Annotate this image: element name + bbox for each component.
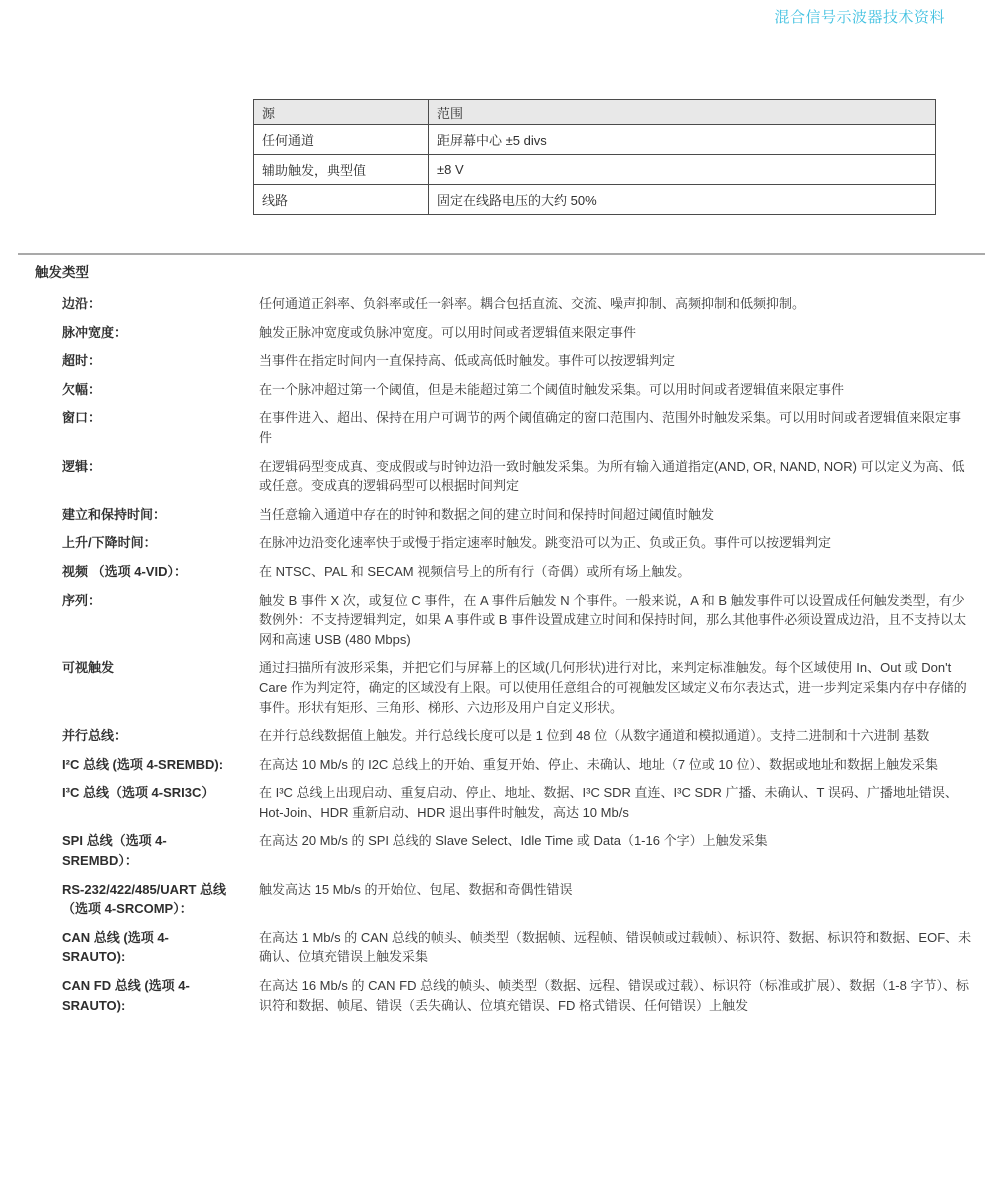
trigger-definition: 通过扫描所有波形采集，并把它们与屏幕上的区域(几何形状)进行对比，来判定标准触发… [259, 658, 973, 717]
table-cell: 固定在线路电压的大约 50% [429, 185, 936, 215]
trigger-types-section: 触发类型 边沿：任何通道正斜率、负斜率或任一斜率。耦合包括直流、交流、噪声抑制、… [35, 261, 977, 1024]
trigger-definition: 触发正脉冲宽度或负脉冲宽度。可以用时间或者逻辑值来限定事件 [259, 323, 973, 343]
trigger-term: 可视触发 [62, 658, 259, 678]
trigger-term: 上升/下降时间： [62, 533, 259, 553]
trigger-definition: 当事件在指定时间内一直保持高、低或高低时触发。事件可以按逻辑判定 [259, 351, 973, 371]
table-header-cell: 范围 [429, 100, 936, 125]
trigger-definition: 在并行总线数据值上触发。并行总线长度可以是 1 位到 48 位（从数字通道和模拟… [259, 726, 973, 746]
trigger-term: 序列： [62, 591, 259, 611]
trigger-entry: 建立和保持时间：当任意输入通道中存在的时钟和数据之间的建立时间和保持时间超过阈值… [35, 505, 977, 525]
trigger-definition: 在事件进入、超出、保持在用户可调节的两个阈值确定的窗口范围内、范围外时触发采集。… [259, 408, 973, 447]
trigger-term: 超时： [62, 351, 259, 371]
trigger-source-table: 源范围 任何通道距屏幕中心 ±5 divs辅助触发，典型值±8 V线路固定在线路… [253, 99, 936, 215]
table-header-row: 源范围 [254, 100, 936, 125]
trigger-entry: 逻辑：在逻辑码型变成真、变成假或与时钟边沿一致时触发采集。为所有输入通道指定(A… [35, 457, 977, 496]
trigger-term: 视频 （选项 4-VID）： [62, 562, 259, 582]
doc-title: 混合信号示波器技术资料 [774, 6, 945, 27]
trigger-definition: 触发高达 15 Mb/s 的开始位、包尾、数据和奇偶性错误 [259, 880, 973, 900]
table-cell: 任何通道 [254, 125, 429, 155]
trigger-term: SPI 总线（选项 4- SREMBD）： [62, 831, 259, 870]
table-cell: 距屏幕中心 ±5 divs [429, 125, 936, 155]
trigger-term: 建立和保持时间： [62, 505, 259, 525]
trigger-term: CAN FD 总线 (选项 4- SRAUTO): [62, 976, 259, 1015]
table-row: 线路固定在线路电压的大约 50% [254, 185, 936, 215]
trigger-definition: 在逻辑码型变成真、变成假或与时钟边沿一致时触发采集。为所有输入通道指定(AND,… [259, 457, 973, 496]
trigger-entry: 超时：当事件在指定时间内一直保持高、低或高低时触发。事件可以按逻辑判定 [35, 351, 977, 371]
trigger-entry: CAN 总线 (选项 4- SRAUTO):在高达 1 Mb/s 的 CAN 总… [35, 928, 977, 967]
trigger-entry: I³C 总线（选项 4-SRI3C）在 I³C 总线上出现启动、重复启动、停止、… [35, 783, 977, 822]
trigger-term: 窗口： [62, 408, 259, 428]
trigger-term: RS-232/422/485/UART 总线 （选项 4-SRCOMP）： [62, 880, 259, 919]
trigger-definition: 在一个脉冲超过第一个阈值，但是未能超过第二个阈值时触发采集。可以用时间或者逻辑值… [259, 380, 973, 400]
trigger-entry: 脉冲宽度：触发正脉冲宽度或负脉冲宽度。可以用时间或者逻辑值来限定事件 [35, 323, 977, 343]
trigger-entry: CAN FD 总线 (选项 4- SRAUTO):在高达 16 Mb/s 的 C… [35, 976, 977, 1015]
trigger-definition: 当任意输入通道中存在的时钟和数据之间的建立时间和保持时间超过阈值时触发 [259, 505, 973, 525]
trigger-definition: 任何通道正斜率、负斜率或任一斜率。耦合包括直流、交流、噪声抑制、高频抑制和低频抑… [259, 294, 973, 314]
trigger-definition: 在 I³C 总线上出现启动、重复启动、停止、地址、数据、I³C SDR 直连、I… [259, 783, 973, 822]
trigger-definition: 在高达 10 Mb/s 的 I2C 总线上的开始、重复开始、停止、未确认、地址（… [259, 755, 973, 775]
trigger-entry: 欠幅：在一个脉冲超过第一个阈值，但是未能超过第二个阈值时触发采集。可以用时间或者… [35, 380, 977, 400]
trigger-entry: 并行总线：在并行总线数据值上触发。并行总线长度可以是 1 位到 48 位（从数字… [35, 726, 977, 746]
table-header-cell: 源 [254, 100, 429, 125]
trigger-entry: 序列：触发 B 事件 X 次，或复位 C 事件，在 A 事件后触发 N 个事件。… [35, 591, 977, 650]
trigger-definition: 在 NTSC、PAL 和 SECAM 视频信号上的所有行（奇偶）或所有场上触发。 [259, 562, 973, 582]
trigger-term: I²C 总线 (选项 4-SREMBD): [62, 755, 259, 775]
trigger-term: I³C 总线（选项 4-SRI3C） [62, 783, 259, 803]
trigger-entry: 视频 （选项 4-VID）：在 NTSC、PAL 和 SECAM 视频信号上的所… [35, 562, 977, 582]
section-divider [18, 253, 985, 255]
trigger-entry: 窗口：在事件进入、超出、保持在用户可调节的两个阈值确定的窗口范围内、范围外时触发… [35, 408, 977, 447]
table-row: 任何通道距屏幕中心 ±5 divs [254, 125, 936, 155]
trigger-term: CAN 总线 (选项 4- SRAUTO): [62, 928, 259, 967]
table-cell: ±8 V [429, 155, 936, 185]
table-row: 辅助触发，典型值±8 V [254, 155, 936, 185]
section-title: 触发类型 [35, 261, 977, 281]
trigger-entry: 上升/下降时间：在脉冲边沿变化速率快于或慢于指定速率时触发。跳变沿可以为正、负或… [35, 533, 977, 553]
trigger-entries-list: 边沿：任何通道正斜率、负斜率或任一斜率。耦合包括直流、交流、噪声抑制、高频抑制和… [35, 294, 977, 1015]
trigger-term: 逻辑： [62, 457, 259, 477]
table-body: 任何通道距屏幕中心 ±5 divs辅助触发，典型值±8 V线路固定在线路电压的大… [254, 125, 936, 215]
trigger-term: 并行总线： [62, 726, 259, 746]
trigger-term: 脉冲宽度： [62, 323, 259, 343]
trigger-definition: 触发 B 事件 X 次，或复位 C 事件，在 A 事件后触发 N 个事件。一般来… [259, 591, 973, 650]
trigger-term: 欠幅： [62, 380, 259, 400]
trigger-definition: 在高达 1 Mb/s 的 CAN 总线的帧头、帧类型（数据帧、远程帧、错误帧或过… [259, 928, 973, 967]
trigger-entry: SPI 总线（选项 4- SREMBD）：在高达 20 Mb/s 的 SPI 总… [35, 831, 977, 870]
trigger-entry: RS-232/422/485/UART 总线 （选项 4-SRCOMP）：触发高… [35, 880, 977, 919]
trigger-entry: 边沿：任何通道正斜率、负斜率或任一斜率。耦合包括直流、交流、噪声抑制、高频抑制和… [35, 294, 977, 314]
table-cell: 辅助触发，典型值 [254, 155, 429, 185]
trigger-definition: 在高达 16 Mb/s 的 CAN FD 总线的帧头、帧类型（数据、远程、错误或… [259, 976, 973, 1015]
trigger-definition: 在脉冲边沿变化速率快于或慢于指定速率时触发。跳变沿可以为正、负或正负。事件可以按… [259, 533, 973, 553]
trigger-entry: I²C 总线 (选项 4-SREMBD):在高达 10 Mb/s 的 I2C 总… [35, 755, 977, 775]
document-page: 混合信号示波器技术资料 源范围 任何通道距屏幕中心 ±5 divs辅助触发，典型… [0, 0, 1000, 1177]
trigger-term: 边沿： [62, 294, 259, 314]
trigger-definition: 在高达 20 Mb/s 的 SPI 总线的 Slave Select、Idle … [259, 831, 973, 851]
trigger-entry: 可视触发通过扫描所有波形采集，并把它们与屏幕上的区域(几何形状)进行对比，来判定… [35, 658, 977, 717]
table-cell: 线路 [254, 185, 429, 215]
